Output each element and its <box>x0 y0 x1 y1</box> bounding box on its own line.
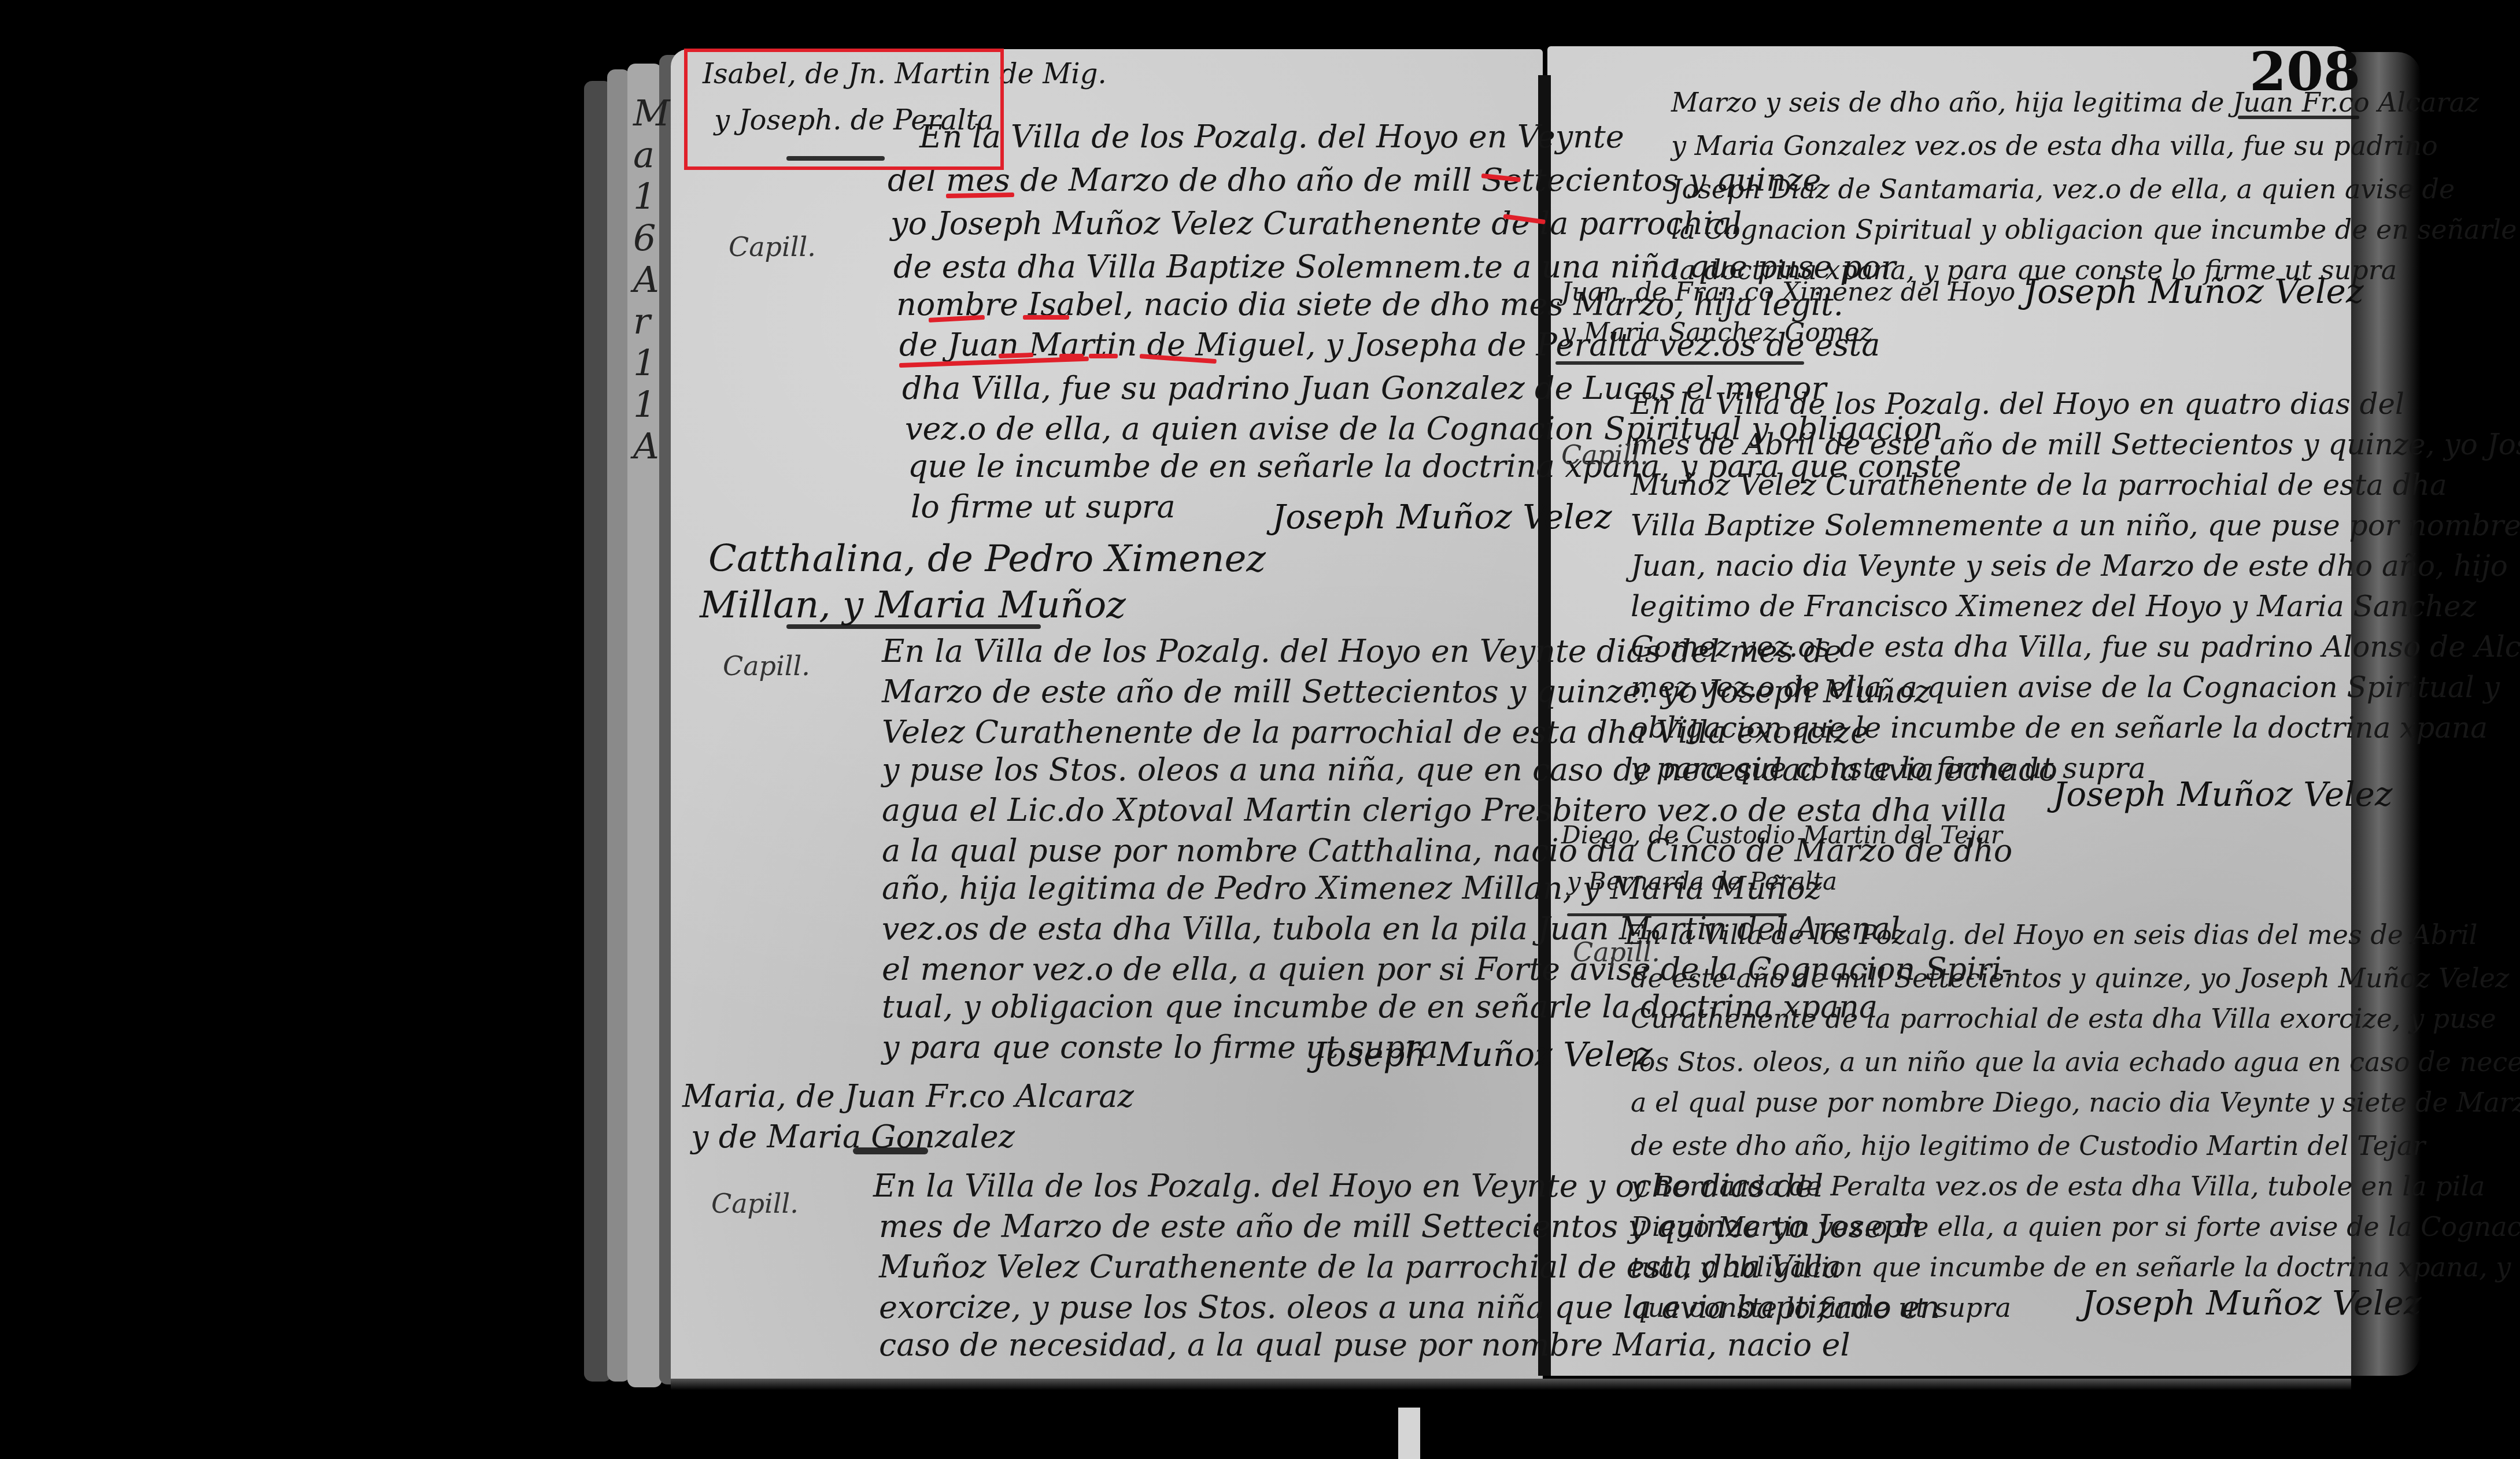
entry-line: Gomez vez.os de esta dha Villa, fue su p… <box>1631 630 2520 664</box>
entry-line: mes de Abril de este año de mill Setteci… <box>1631 428 2520 461</box>
signature: Joseph Muñoz Velez <box>1272 497 1612 536</box>
margin-rule <box>1555 361 1804 365</box>
entry-line: Juan, nacio dia Veynte y seis de Marzo d… <box>1631 549 2508 583</box>
entry-line: de este año de mill Settecientos y quinz… <box>1631 962 2509 994</box>
entry-line: Villa Baptize Solemnemente a un niño, qu… <box>1631 509 2520 542</box>
bookmark-ribbon <box>1398 1408 1420 1459</box>
entry-line: caso de necesidad, a la qual puse por no… <box>879 1327 1850 1363</box>
margin-rule <box>853 1147 928 1154</box>
red-underline-siete <box>1023 315 1069 320</box>
entry-line: Curathenente de la parrochial de esta dh… <box>1631 1003 2496 1034</box>
margin-rule <box>1567 913 1787 916</box>
margin-name-maria-line1: Maria, de Juan Fr.co Alcaraz <box>682 1078 1134 1114</box>
page-edge-notes: Ma 16 Ar 11 A <box>633 92 668 467</box>
margin-name-juan-line1: Juan, de Fran.co Ximenez del Hoyo <box>1561 277 2015 307</box>
entry-line: yo Joseph Muñoz Velez Curathenente de la… <box>891 205 1742 242</box>
margin-name-diego-line2: y Bernarda de Peralta <box>1567 867 1837 895</box>
signature: Joseph Muñoz Velez <box>2082 1283 2422 1323</box>
page-stack-edge <box>607 69 630 1382</box>
entry-line: Muñoz Velez Curathenente de la parrochia… <box>1631 468 2447 502</box>
entry-line: los Stos. oleos, a un niño que la avia e… <box>1631 1046 2520 1077</box>
signature: Joseph Muñoz Velez <box>1313 1035 1653 1074</box>
entry-line: En la Villa de los Pozalg. del Hoyo en q… <box>1631 387 2404 421</box>
entry-line: En la Villa de los Pozalg. del Hoyo en V… <box>919 119 1624 155</box>
entry-line: a el qual puse por nombre Diego, nacio d… <box>1631 1087 2520 1118</box>
entry-line: que conste lo firme ut supra <box>1631 1292 2011 1323</box>
entry-line: de este dho año, hijo legitimo de Custod… <box>1631 1130 2425 1161</box>
margin-rule <box>786 624 1041 629</box>
highlight-box-annotation <box>684 49 1004 170</box>
scanned-register-image: Ma 16 Ar 11 A 208 Isabel, de Jn. Martin … <box>0 0 2520 1459</box>
entry-line: Diego Martin vez.o de ella, a quien por … <box>1631 1211 2520 1242</box>
margin-label-capill: Capill. <box>711 1188 799 1219</box>
page-bottom-shadow <box>671 1379 2351 1390</box>
entry-line: legitimo de Francisco Ximenez del Hoyo y… <box>1631 590 2476 623</box>
red-underline-josepha <box>1059 354 1084 358</box>
margin-name-juan-line2: y Maria Sanchez Gomez <box>1561 318 1873 347</box>
signature: Joseph Muñoz Velez <box>2053 775 2393 814</box>
entry-line: tual, y obligacion que incumbe de en señ… <box>1631 1251 2520 1283</box>
entry-line: obligacion que le incumbe de en señarle … <box>1631 711 2488 745</box>
signature: Joseph Muñoz Velez <box>2024 272 2364 311</box>
red-underline-de <box>1089 354 1118 358</box>
entry-line: Joseph Diaz de Santamaria, vez.o de ella… <box>1671 173 2455 205</box>
entry-line: la Cognacion Spiritual y obligacion que … <box>1671 214 2517 245</box>
entry-line: y Maria Gonzalez vez.os de esta dha vill… <box>1671 130 2438 161</box>
margin-label-capill: Capill. <box>729 231 816 262</box>
margin-label-capill: Capill. <box>723 650 810 682</box>
entry-line: En la Villa de los Pozalg. del Hoyo en s… <box>1625 919 2478 950</box>
entry-line: y Bernarda de Peralta vez.os de esta dha… <box>1631 1171 2485 1202</box>
margin-name-catthalina-line2: Millan, y Maria Muñoz <box>700 584 1126 627</box>
entry-line: Marzo y seis de dho año, hija legitima d… <box>1671 87 2479 118</box>
margin-name-diego-line1: Diego, de Custodio Martin del Tejar <box>1561 821 2002 849</box>
margin-name-catthalina-line1: Catthalina, de Pedro Ximenez <box>708 538 1266 580</box>
entry-line: lo firme ut supra <box>911 488 1176 525</box>
entry-line: mez vez.o de ella, a quien avise de la C… <box>1631 671 2500 704</box>
